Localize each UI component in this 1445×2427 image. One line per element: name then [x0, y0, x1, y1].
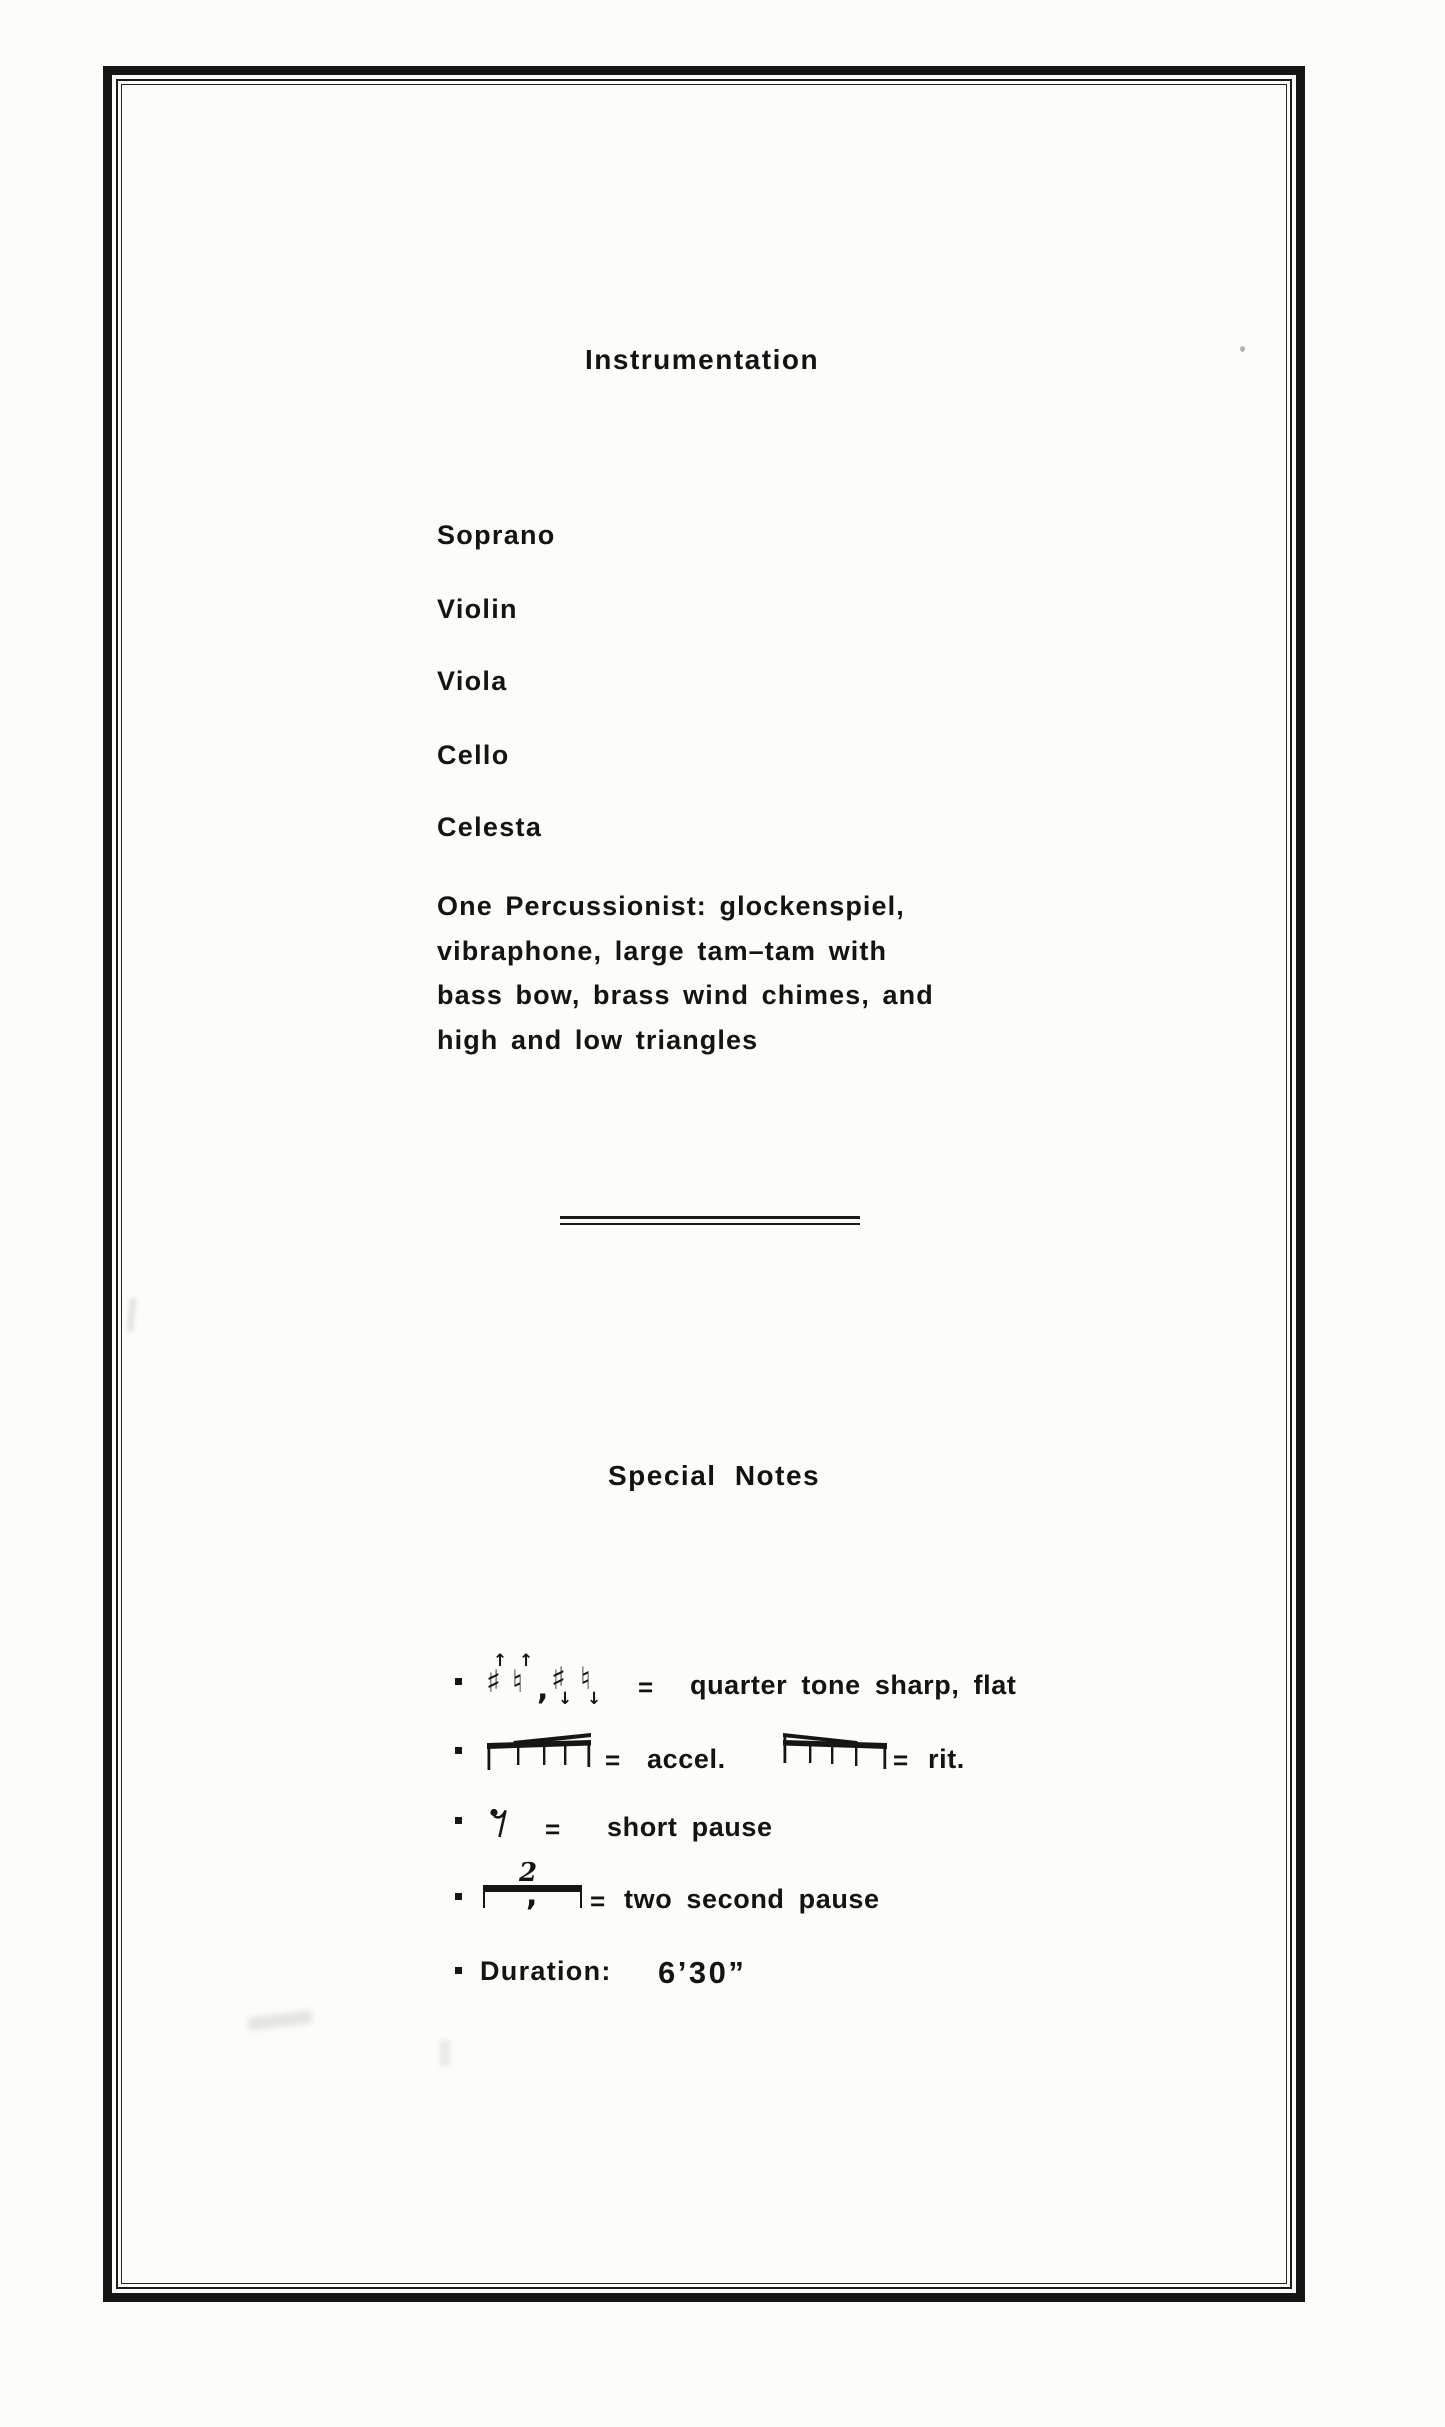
bullet-square-icon	[455, 1967, 462, 1974]
two-second-pause-definition: two second pause	[624, 1884, 880, 1915]
percussion-line-2: vibraphone, large tam–tam with	[437, 929, 957, 974]
quarter-tone-natural-up-icon: ↑ ♮	[510, 1655, 536, 1713]
eighth-rest-icon	[489, 1806, 511, 1840]
bullet-square-icon	[455, 1747, 462, 1754]
equals-sign: =	[545, 1814, 560, 1845]
accel-feathered-beam-icon	[487, 1733, 591, 1771]
percussion-description: One Percussionist: glockenspiel, vibraph…	[437, 884, 957, 1062]
accel-label: accel.	[647, 1744, 726, 1775]
bullet-square-icon	[455, 1817, 462, 1824]
quarter-tone-natural-down-icon: ♮ ↓	[578, 1652, 604, 1710]
duration-label: Duration:	[480, 1956, 612, 1987]
short-pause-definition: short pause	[607, 1812, 773, 1843]
bullet-square-icon	[455, 1678, 462, 1685]
percussion-line-3: bass bow, brass wind chimes, and	[437, 973, 957, 1018]
page-border-inner-rule	[121, 84, 1287, 2284]
scanned-score-page: Instrumentation Soprano Violin Viola Cel…	[0, 0, 1445, 2427]
duration-value: 6’30”	[658, 1955, 746, 1991]
instrument-celesta: Celesta	[437, 812, 542, 843]
quarter-tone-sharp-up-icon: ↑ ♯	[484, 1655, 510, 1713]
rit-feathered-beam-icon	[783, 1733, 887, 1771]
instrument-cello: Cello	[437, 740, 510, 771]
breath-mark-comma: ,	[526, 1878, 537, 1913]
bullet-square-icon	[455, 1893, 462, 1900]
instrument-soprano: Soprano	[437, 520, 556, 551]
percussion-line-1: One Percussionist: glockenspiel,	[437, 884, 957, 929]
instrument-viola: Viola	[437, 666, 508, 697]
quarter-tone-sharp-down-icon: ♯ ↓	[549, 1652, 575, 1710]
quarter-tone-definition: quarter tone sharp, flat	[690, 1670, 1016, 1701]
instrument-violin: Violin	[437, 594, 518, 625]
accidental-separator-comma: ,	[537, 1672, 548, 1707]
equals-sign: =	[590, 1886, 605, 1917]
equals-sign: =	[605, 1745, 620, 1776]
instrumentation-heading: Instrumentation	[585, 344, 819, 376]
equals-sign: =	[638, 1672, 653, 1703]
special-notes-heading: Special Notes	[608, 1460, 820, 1492]
percussion-line-4: high and low triangles	[437, 1018, 957, 1063]
equals-sign: =	[893, 1745, 908, 1776]
rit-label: rit.	[928, 1744, 965, 1775]
section-divider-rule	[560, 1216, 860, 1225]
